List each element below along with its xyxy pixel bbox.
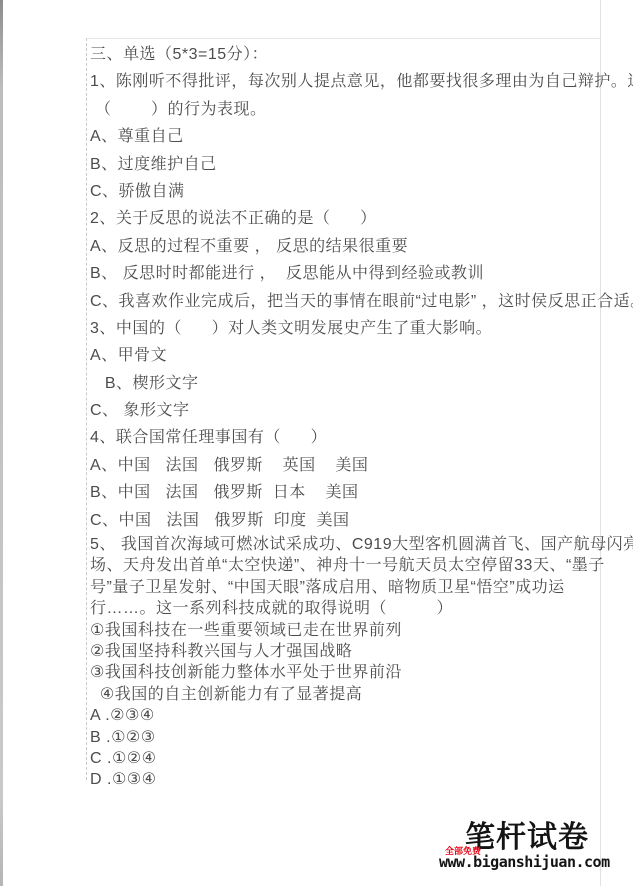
page-left-edge-shadow [0, 0, 3, 886]
document-line: A、甲骨文 [90, 342, 600, 369]
document-line: B、 反思时时都能进行 ， 反思能从中得到经验或教训 [90, 260, 600, 287]
document-line: B、过度维护自己 [90, 151, 600, 178]
document-lines: 三、单选（5*3=15分）：1、陈刚听不得批评，每次别人提点意见，他都要找很多理… [90, 41, 600, 791]
document-line: 号”量子卫星发射、“中国天眼”落成启用、暗物质卫星“悟空”成功运 [90, 577, 600, 598]
document-line: 3、中国的（ ）对人类文明发展史产生了重大影响。 [90, 315, 600, 342]
document-line: 1、陈刚听不得批评，每次别人提点意见，他都要找很多理由为自己辩护。这是 [90, 68, 600, 95]
document-line: B .①②③ [90, 727, 600, 748]
document-line: 5、 我国首次海域可燃冰试采成功、C919大型客机圆满首飞、国产航母闪亮登 [90, 534, 600, 555]
watermark-brand: 笔杆试卷 [465, 812, 589, 856]
document-line: A、中国 法国 俄罗斯 英国 美国 [90, 452, 600, 479]
document-line: C .①②④ [90, 748, 600, 769]
document-line: ④我国的自主创新能力有了显著提高 [90, 684, 600, 705]
watermark: 笔杆试卷 全部免费 www.biganshijuan.com [439, 816, 631, 876]
document-line: 2、关于反思的说法不正确的是（ ） [90, 205, 600, 232]
document-line: C、骄傲自满 [90, 178, 600, 205]
document-line: ②我国坚持科教兴国与人才强国战略 [90, 641, 600, 662]
document-line: 行……。这一系列科技成就的取得说明（ ） [90, 598, 600, 619]
document-line: C、我喜欢作业完成后，把当天的事情在眼前“过电影” ，这时侯反思正合适。 [90, 288, 600, 315]
document-line: A、反思的过程不重要 ， 反思的结果很重要 [90, 233, 600, 260]
document-line: C、中国 法国 俄罗斯 印度 美国 [90, 507, 600, 534]
page-right-border [600, 0, 601, 886]
document-line: B、中国 法国 俄罗斯 日本 美国 [90, 479, 600, 506]
document-line: C、 象形文字 [90, 397, 600, 424]
document-line: D .①③④ [90, 769, 600, 790]
exam-text-cell: 三、单选（5*3=15分）：1、陈刚听不得批评，每次别人提点意见，他都要找很多理… [86, 38, 600, 780]
document-line: ③我国科技创新能力整体水平处于世界前沿 [90, 662, 600, 683]
document-line: （ ）的行为表现。 [90, 96, 600, 123]
document-line: 场、天舟发出首单“太空快递”、神舟十一号航天员太空停留33天、“墨子 [90, 555, 600, 576]
document-line: B、楔形文字 [90, 370, 600, 397]
document-line: ①我国科技在一些重要领域已走在世界前列 [90, 620, 600, 641]
document-line: 4、联合国常任理事国有（ ） [90, 424, 600, 451]
watermark-url: www.biganshijuan.com [439, 853, 610, 871]
document-line: 三、单选（5*3=15分）： [90, 41, 600, 68]
document-line: A、尊重自己 [90, 123, 600, 150]
document-line: A .②③④ [90, 705, 600, 726]
